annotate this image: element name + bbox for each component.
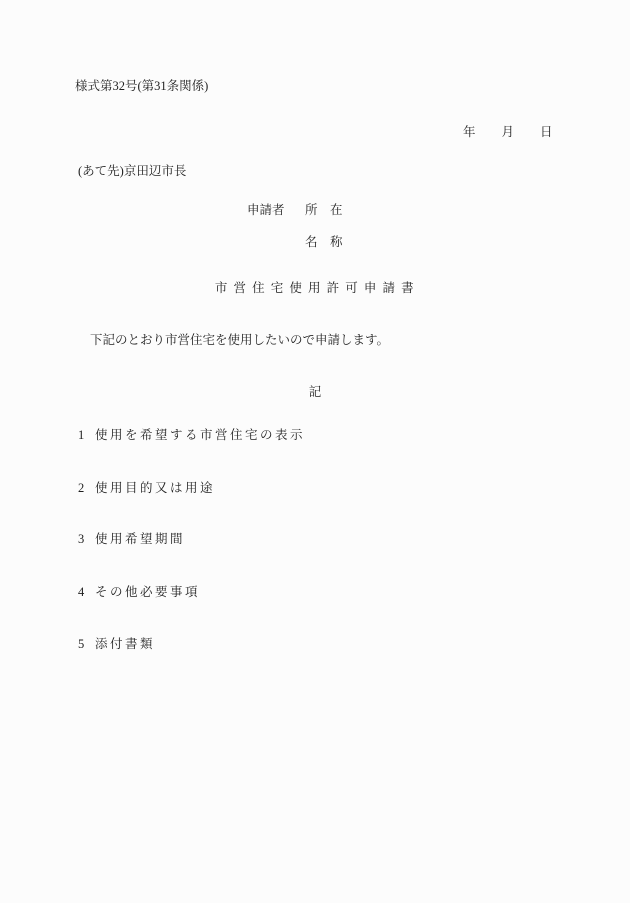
- item-number: 4: [78, 586, 90, 599]
- list-item-attached-documents: 5 添付書類: [78, 638, 155, 651]
- item-number: 2: [78, 482, 90, 495]
- item-label: 使用希望期間: [95, 533, 185, 546]
- item-number: 1: [78, 429, 90, 442]
- list-item-purpose: 2 使用目的又は用途: [78, 482, 215, 495]
- item-number: 3: [78, 533, 90, 546]
- item-label: その他必要事項: [95, 586, 200, 599]
- applicant-label: 申請者: [247, 204, 285, 217]
- date-line: 年 月 日: [463, 126, 553, 139]
- document-page: 様式第32号(第31条関係) 年 月 日 (あて先)京田辺市長 申請者 所 在 …: [0, 0, 630, 903]
- applicant-name-label: 名 称: [305, 236, 343, 249]
- list-item-desired-period: 3 使用希望期間: [78, 533, 185, 546]
- item-label: 添付書類: [95, 638, 155, 651]
- application-statement: 下記のとおり市営住宅を使用したいので申請します。: [90, 334, 389, 347]
- item-number: 5: [78, 638, 90, 651]
- item-label: 使用を希望する市営住宅の表示: [95, 429, 305, 442]
- list-item-housing-indication: 1 使用を希望する市営住宅の表示: [78, 429, 305, 442]
- applicant-location-label: 所 在: [305, 204, 343, 217]
- date-year-label: 年: [463, 126, 476, 139]
- date-day-label: 日: [540, 126, 553, 139]
- date-month-label: 月: [502, 126, 515, 139]
- item-label: 使用目的又は用途: [95, 482, 215, 495]
- form-number: 様式第32号(第31条関係): [75, 80, 208, 93]
- document-title: 市 営 住 宅 使 用 許 可 申 請 書: [0, 282, 630, 295]
- addressee: (あて先)京田辺市長: [78, 165, 186, 178]
- record-marker: 記: [0, 386, 630, 399]
- list-item-other-matters: 4 その他必要事項: [78, 586, 200, 599]
